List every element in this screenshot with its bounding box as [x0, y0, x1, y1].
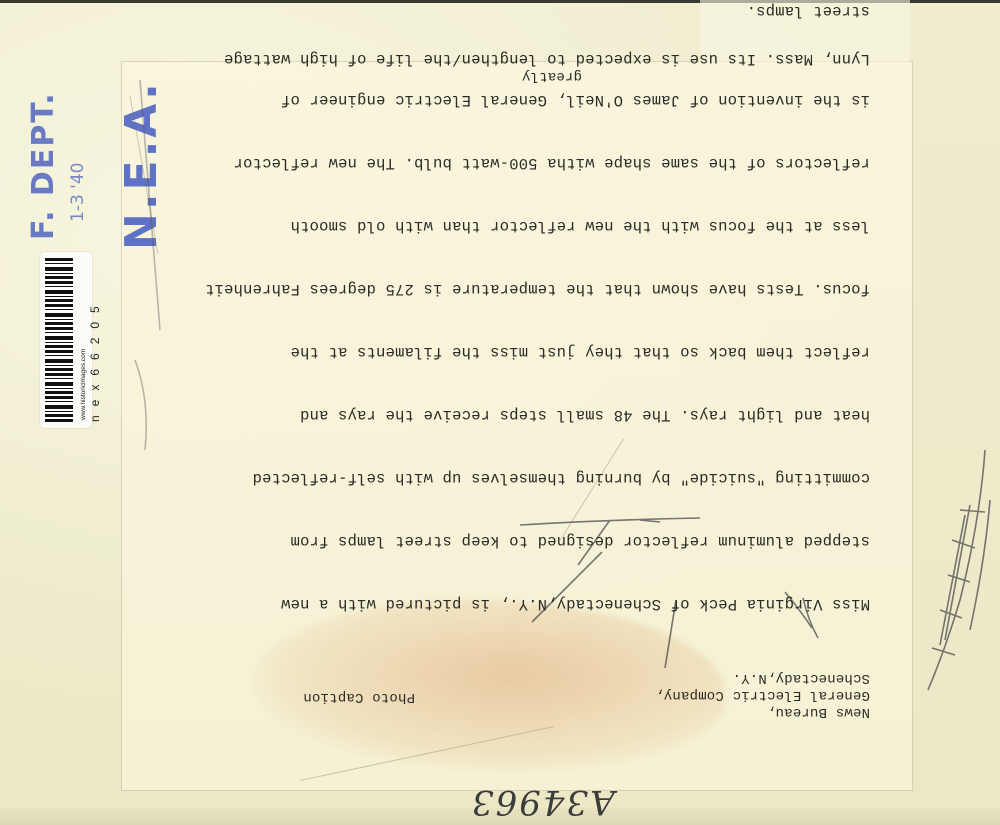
caption-line: focus. Tests have shown that the tempera… — [205, 280, 870, 298]
caption-line: committing "suicide" by burning themselv… — [252, 469, 870, 487]
caption-line: reflectors of the same shape witha 500-w… — [233, 154, 870, 172]
caption-line: Miss Virginia Peck of Schenectady,N.Y., … — [281, 595, 870, 613]
caption-line: stepped aluminum reflector designed to k… — [290, 532, 870, 550]
sender-line: Schenectady,N.Y. — [655, 669, 870, 686]
caption-header-title: Photo Caption — [303, 689, 415, 705]
sender-line: General Electric Company, — [655, 686, 870, 703]
photo-back-paper: F. DEPT. 1-3 '40 nex66205 www.historicim… — [0, 0, 1000, 825]
caption-line: reflect them back so that they just miss… — [290, 343, 870, 361]
typed-caption: News Bureau, General Electric Company, S… — [150, 40, 870, 720]
caption-header-sender: News Bureau, General Electric Company, S… — [655, 669, 870, 720]
caption-line: Lynn, Mass. Its use is expected to lengt… — [224, 50, 870, 68]
caption-line: is the invention of James O'Neil, Genera… — [281, 91, 870, 109]
handwritten-archive-number: A34963 — [470, 782, 615, 822]
caption-insert-word: greatly — [522, 68, 582, 84]
caption-line: heat and light rays. The 48 small steps … — [300, 406, 870, 424]
caption-line: street lamps. — [746, 2, 870, 20]
sender-line: News Bureau, — [655, 703, 870, 720]
caption-line: less at the focus with the new reflector… — [290, 217, 870, 235]
